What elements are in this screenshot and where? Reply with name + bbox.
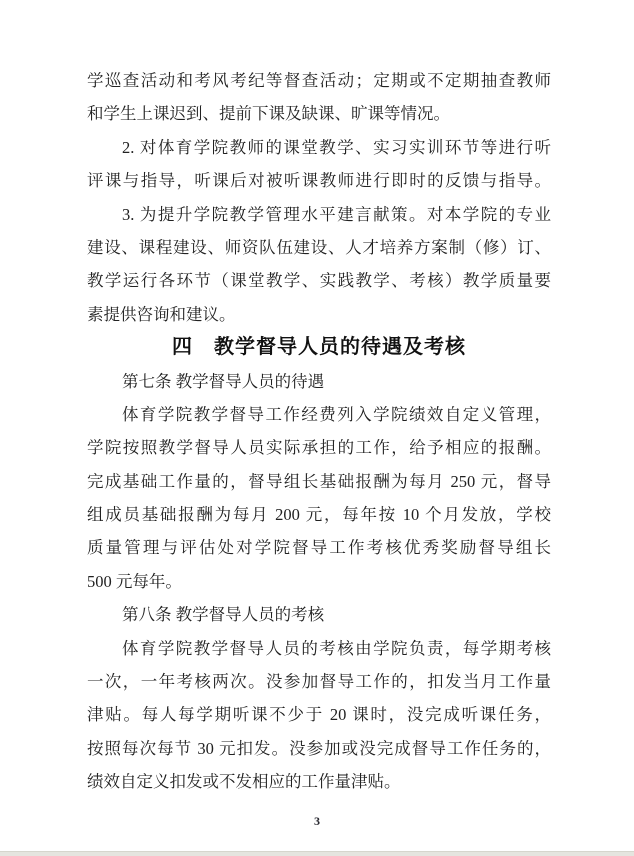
text-line: 学巡查活动和考风考纪等督查活动；定期或不定期抽查教师: [87, 64, 551, 97]
text-line: 学院按照教学督导人员实际承担的工作，给予相应的报酬。: [87, 431, 551, 464]
text-line: 体育学院教学督导工作经费列入学院绩效自定义管理，: [87, 398, 551, 431]
text-line: 500 元每年。: [87, 565, 551, 598]
page-break-strip: [0, 851, 634, 856]
text-line: 第八条 教学督导人员的考核: [87, 598, 551, 631]
text-line: 第七条 教学督导人员的待遇: [87, 365, 551, 398]
document-page: 学巡查活动和考风考纪等督查活动；定期或不定期抽查教师和学生上课迟到、提前下课及缺…: [0, 0, 634, 856]
text-line: 津贴。每人每学期听课不少于 20 课时，没完成听课任务，: [87, 698, 551, 731]
text-line: 组成员基础报酬为每月 200 元，每年按 10 个月发放，学校: [87, 498, 551, 531]
text-line: 教学运行各环节（课堂教学、实践教学、考核）教学质量要: [87, 264, 551, 297]
text-line: 建设、课程建设、师资队伍建设、人才培养方案制（修）订、: [87, 231, 551, 264]
text-line: 体育学院教学督导人员的考核由学院负责，每学期考核: [87, 632, 551, 665]
text-line: 一次，一年考核两次。没参加督导工作的，扣发当月工作量: [87, 665, 551, 698]
text-line: 绩效自定义扣发或不发相应的工作量津贴。: [87, 765, 551, 798]
text-line: 3. 为提升学院教学管理水平建言献策。对本学院的专业: [87, 198, 551, 231]
text-line: 和学生上课迟到、提前下课及缺课、旷课等情况。: [87, 97, 551, 130]
text-line: 完成基础工作量的，督导组长基础报酬为每月 250 元，督导: [87, 465, 551, 498]
text-line: 2. 对体育学院教师的课堂教学、实习实训环节等进行听: [87, 131, 551, 164]
text-line: 评课与指导，听课后对被听课教师进行即时的反馈与指导。: [87, 164, 551, 197]
section-heading: 四 教学督导人员的待遇及考核: [87, 331, 551, 364]
text-line: 按照每次每节 30 元扣发。没参加或没完成督导工作任务的，: [87, 732, 551, 765]
document-body-text: 学巡查活动和考风考纪等督查活动；定期或不定期抽查教师和学生上课迟到、提前下课及缺…: [87, 64, 551, 799]
text-line: 素提供咨询和建议。: [87, 298, 551, 331]
page-number: 3: [0, 813, 634, 829]
text-line: 质量管理与评估处对学院督导工作考核优秀奖励督导组长: [87, 531, 551, 564]
